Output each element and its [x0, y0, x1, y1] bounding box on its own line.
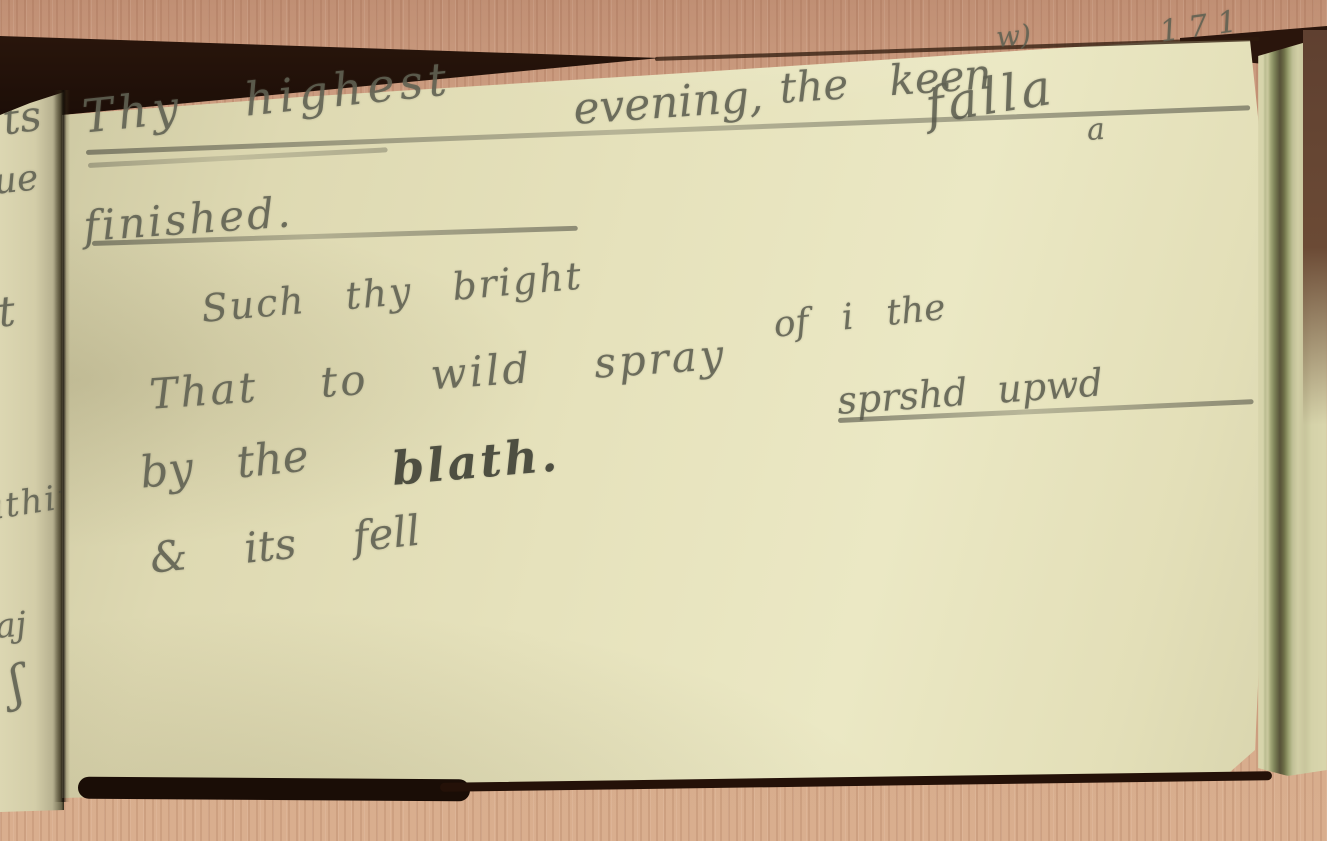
- handwritten-line-5b: blath.: [390, 431, 562, 491]
- left-page-fragment: t: [0, 290, 17, 334]
- page-gutter-shadow: [54, 90, 70, 802]
- handwritten-line-1e: a: [1086, 115, 1106, 146]
- handwritten-line-1b: evening,: [572, 75, 764, 132]
- cover-edge-right: [1303, 30, 1327, 425]
- notebook-page: [55, 35, 1267, 801]
- notebook-binding-bottom-left: [78, 777, 470, 802]
- insertion-mark: w): [995, 21, 1032, 52]
- left-page-fragment: aj: [0, 607, 28, 644]
- left-page-fragment: ue: [0, 160, 40, 200]
- left-page-fragment: ʃ: [4, 659, 28, 709]
